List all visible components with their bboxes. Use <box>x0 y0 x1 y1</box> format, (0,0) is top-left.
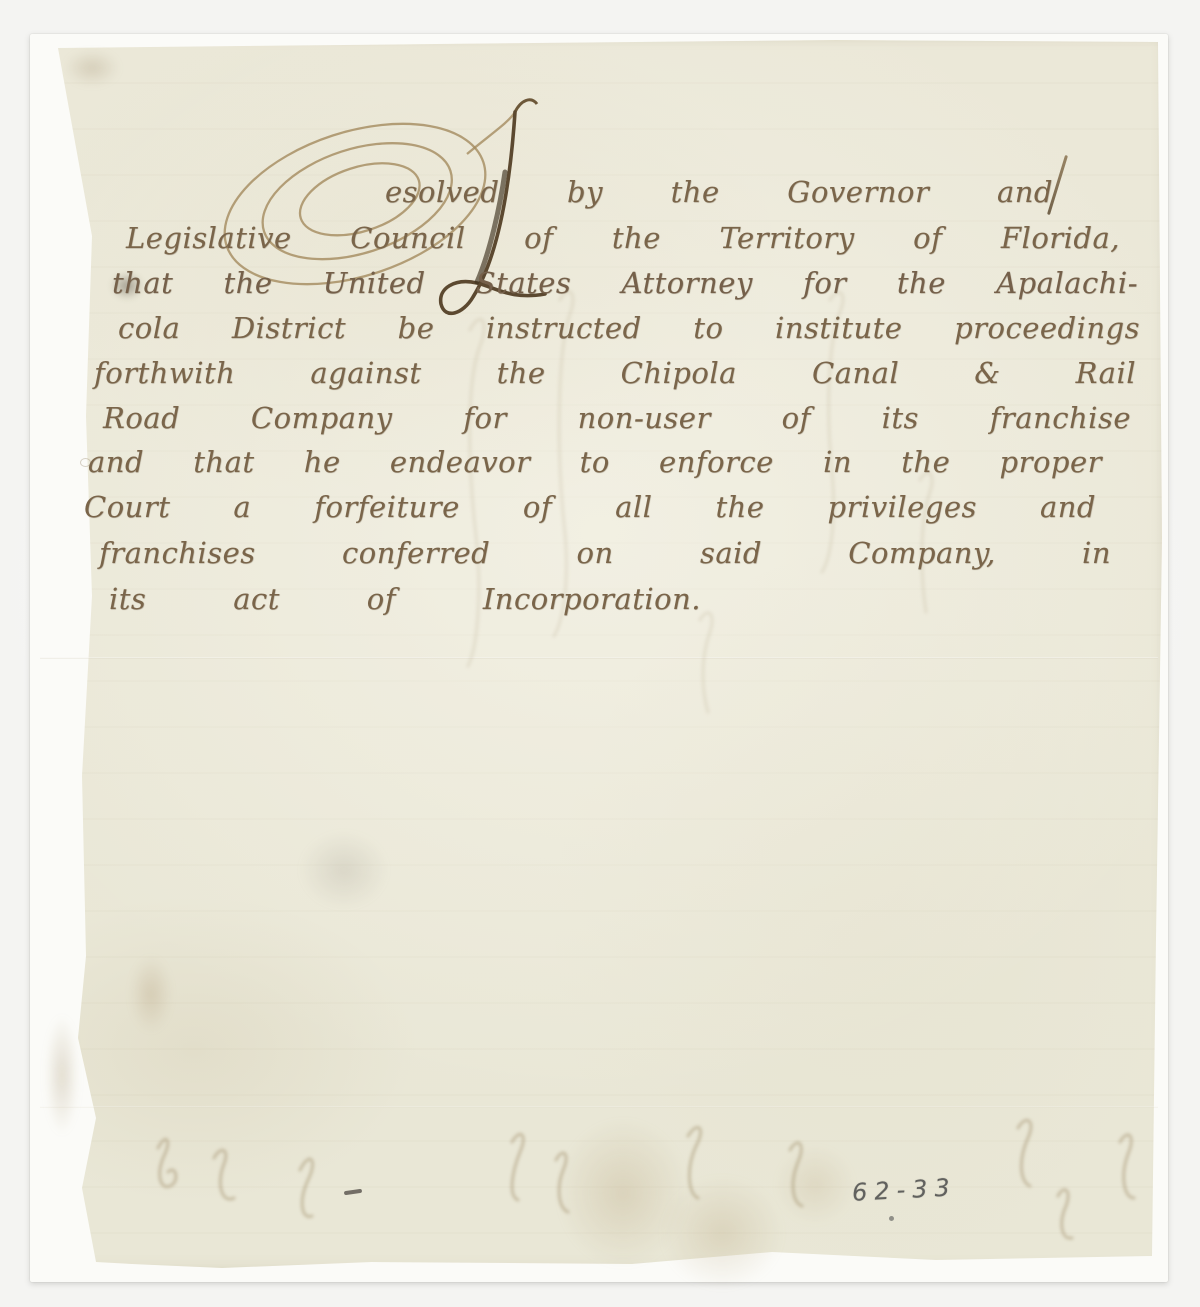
pencil-dot-mark <box>889 1216 894 1221</box>
manuscript-line-1: esolved by the Governor and <box>385 173 1053 211</box>
manuscript-line-7: and that he endeavor to enforce in the p… <box>88 443 1102 481</box>
manuscript-line-9: franchises conferred on said Company, in <box>99 534 1111 572</box>
manuscript-line-3: that the United States Attorney for the … <box>112 264 1138 302</box>
manuscript-line-4: cola District be instructed to institute… <box>118 309 1140 347</box>
manuscript-line-2: Legislative Council of the Territory of … <box>126 219 1120 257</box>
manuscript-line-10: its act of Incorporation. <box>109 580 701 618</box>
manuscript-line-5: forthwith against the Chipola Canal & Ra… <box>94 354 1136 392</box>
archival-number: 62-33 <box>851 1173 957 1206</box>
scanned-manuscript-page: { "page": { "background_color": "#f4f4f2… <box>0 0 1200 1307</box>
manuscript-line-6: Road Company for non-user of its franchi… <box>103 399 1131 437</box>
manuscript-line-8: Court a forfeiture of all the privileges… <box>84 488 1096 526</box>
